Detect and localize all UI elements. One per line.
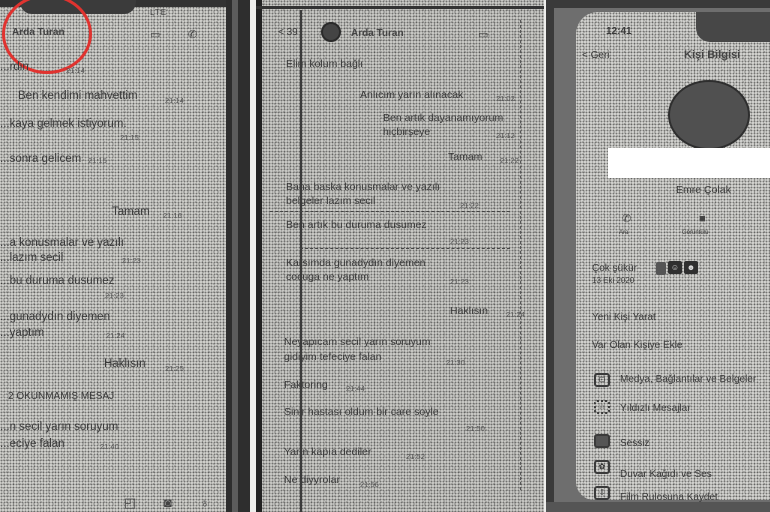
message-time: 21:52 — [406, 452, 425, 461]
message-time: 21:14 — [165, 96, 184, 105]
action-label[interactable]: Ara — [619, 230, 628, 236]
contact-info-screenshot: 12:41 < Geri Kişi Bilgisi Emre Çolak ✆ A… — [546, 0, 770, 512]
chat-screenshot-left: LTE Arda Turan ▭ ✆ ...rdin 21:14 Ben ken… — [0, 0, 252, 512]
menu-item-starred[interactable]: Yıldızlı Mesajlar — [620, 403, 691, 414]
message-time: 21:22 — [460, 201, 479, 210]
contact-name[interactable]: Arda Turan — [351, 28, 404, 39]
phone-frame-bottom — [546, 502, 770, 512]
phone-frame-right — [226, 0, 252, 512]
message-time: 21:23 — [105, 291, 124, 300]
star-icon: ☆ — [594, 400, 610, 414]
message-text: Ben artık bu duruma dusumez — [286, 218, 427, 232]
media-icon: ⊡ — [594, 373, 610, 387]
status-time: 12:41 — [606, 26, 632, 37]
message-text: Haklısın — [104, 357, 146, 371]
message-time: 21:16 — [163, 211, 182, 220]
message-text: Neyapıcam secil yarın soruyum — [284, 335, 430, 349]
message-text: ...gunadydın diyemen — [0, 310, 110, 324]
contact-name: Emre Çolak — [676, 184, 731, 196]
bubble-border — [270, 211, 510, 212]
message-time: 21:25 — [165, 364, 184, 373]
mic-icon[interactable]: ♁ — [200, 496, 210, 509]
message-text: ...rdin — [0, 60, 29, 74]
message-time: 21:40 — [100, 442, 119, 451]
message-time: 21:14 — [66, 66, 85, 75]
message-text: Sinir hastası oldum bir care soyle — [284, 405, 439, 419]
message-text: Tamam — [112, 205, 150, 219]
video-call-icon[interactable]: ▭ — [150, 30, 160, 41]
message-text: Faktoring — [284, 378, 328, 392]
back-button[interactable]: < Geri — [582, 50, 610, 61]
menu-item-mute[interactable]: Sessiz — [620, 438, 649, 449]
message-time: 21:15 — [88, 156, 107, 165]
message-time: 21:15 — [120, 133, 139, 142]
message-text: Ne diyyrolar — [284, 473, 340, 487]
message-text: gidiyim tefeciye falan — [284, 350, 381, 364]
chat-screenshot-middle: < 39 Arda Turan ▭ Elim kolum bağlı Anlıc… — [256, 0, 546, 512]
phone-frame-left — [256, 0, 262, 512]
unread-divider: 2 OKUNMAMIŞ MESAJ — [8, 390, 114, 404]
message-text: ...sonra gelicem — [0, 152, 81, 166]
menu-item-wallpaper[interactable]: Duvar Kağıdı ve Ses — [620, 469, 712, 480]
message-text: ...kaya gelmek istiyorum. — [0, 117, 127, 131]
bubble-border — [300, 248, 510, 249]
mute-icon — [594, 434, 610, 448]
contact-avatar — [668, 80, 750, 150]
message-text: cocuga ne yaptım — [286, 270, 369, 284]
emoji-icon: ☺ — [668, 261, 682, 274]
message-time: 21:23 — [450, 277, 469, 286]
message-text: hiçbirşeye — [383, 125, 430, 139]
message-text: belgeler lazım secil — [286, 194, 375, 208]
message-text: ...lazım secil — [0, 251, 63, 265]
message-text: Tamam — [448, 150, 482, 164]
message-time: 21:50 — [466, 424, 485, 433]
message-time: 21:24 — [506, 310, 525, 319]
message-text: Ben artık dayanamıyorum — [383, 111, 503, 125]
camera-icon[interactable]: ◙ — [164, 496, 172, 509]
video-icon[interactable]: ■ — [699, 214, 706, 225]
message-text: Yarın kapıa dediler — [284, 445, 371, 459]
emoji-icon: ☻ — [684, 261, 698, 274]
wallpaper-icon: ✿ — [594, 460, 610, 474]
page-title: Kişi Bilgisi — [684, 49, 740, 61]
emoji-icon — [656, 262, 666, 275]
message-time: 21:24 — [106, 331, 125, 340]
message-text: Ben kendimi mahvettim — [18, 89, 138, 103]
margin-line — [520, 20, 521, 490]
message-text: ...n secil yarın soruyum — [0, 420, 118, 434]
action-label[interactable]: Görüntülü — [682, 230, 708, 236]
message-time: 21:23 — [122, 256, 141, 265]
message-time: 21:23 — [450, 237, 469, 246]
message-text: ...yaptım — [0, 326, 44, 340]
message-text: ...bu duruma dusumez — [0, 274, 114, 288]
message-time: 21:12 — [496, 131, 515, 140]
phone-icon[interactable]: ✆ — [188, 30, 197, 41]
phone-icon[interactable]: ✆ — [622, 214, 631, 225]
message-text: Haklısın — [450, 304, 488, 318]
phone-frame-top — [256, 6, 546, 9]
message-text: Bana baska konusmalar ve yazılı — [286, 180, 440, 194]
message-text: Anlıcım yarın alınacak — [360, 88, 463, 102]
message-time: 21:56 — [360, 480, 379, 489]
message-text: ...eciye falan — [0, 437, 65, 451]
video-call-icon[interactable]: ▭ — [478, 30, 488, 41]
message-text: Elim kolum bağlı — [286, 57, 363, 71]
status-bar: LTE — [150, 8, 167, 17]
about-text: Çok şükür — [592, 263, 637, 274]
about-date: 13 Eki 2020 — [592, 276, 634, 285]
redaction-box — [608, 148, 770, 178]
menu-item-add-existing[interactable]: Var Olan Kişiye Ekle — [592, 340, 682, 351]
phone-screen: 12:41 < Geri Kişi Bilgisi Emre Çolak ✆ A… — [576, 12, 770, 500]
message-time: 21:02 — [496, 94, 515, 103]
sticker-icon[interactable]: ◰ — [124, 496, 136, 509]
message-time: 21:30 — [446, 358, 465, 367]
message-time: 21:44 — [346, 384, 365, 393]
message-text: Karsımda gunadydın diyemen — [286, 256, 426, 270]
menu-item-media[interactable]: Medya, Bağlantılar ve Belgeler — [620, 374, 756, 385]
menu-item-new-contact[interactable]: Yeni Kişi Yarat — [592, 312, 656, 323]
save-icon: ⇩ — [594, 486, 610, 500]
contact-avatar[interactable] — [321, 22, 341, 42]
phone-notch — [696, 12, 770, 42]
back-button[interactable]: < 39 — [278, 26, 298, 40]
message-time: 21:22 — [500, 156, 519, 165]
message-text: ...a konusmalar ve yazılı — [0, 236, 124, 250]
